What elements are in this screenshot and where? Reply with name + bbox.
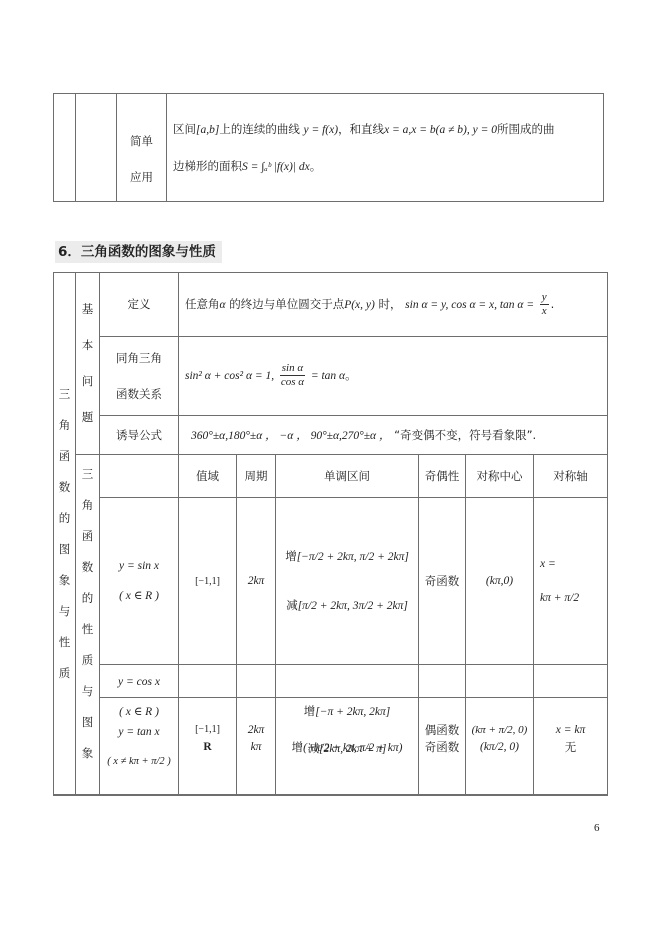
function-math: y = cos x	[100, 667, 178, 697]
increase-interval: (−π/2 + kπ, π/2 + kπ)	[303, 742, 402, 754]
definition-label: 定义	[100, 273, 179, 337]
sin-period: 2kπ	[237, 498, 276, 665]
sin-center: (kπ,0)	[466, 498, 534, 665]
label-line: 同角三角	[100, 340, 178, 376]
interval-math: [a,b]	[196, 124, 219, 136]
application-content: 区间[a,b]上的连续的曲线 y = f(x)，和直线x = a,x = b(a…	[167, 94, 604, 202]
label-char: 本	[76, 327, 99, 363]
category-line: 应用	[117, 159, 166, 195]
text: 边梯形的面积	[173, 159, 242, 173]
text: 的终边与单位圆交于点	[229, 297, 344, 311]
text: 。	[345, 368, 357, 382]
tan-period: kπ	[237, 698, 276, 796]
label-char: 数	[54, 472, 75, 503]
label-char: 角	[76, 490, 99, 521]
domain-math: ( x ≠ kπ + π/2 )	[100, 747, 178, 777]
text: 区间	[173, 122, 196, 136]
label-char: 的	[76, 583, 99, 614]
fraction: yx	[540, 291, 549, 318]
header-monotonic: 单调区间	[276, 454, 419, 498]
trig-table-tan: y = tan x ( x ≠ kπ + π/2 ) R kπ 增(−π/2 +…	[53, 697, 608, 796]
label-char: 基	[76, 291, 99, 327]
label-char: 性	[54, 627, 75, 658]
header-axis: 对称轴	[534, 454, 608, 498]
text: 时，	[379, 297, 402, 311]
category-line: 简单	[117, 123, 166, 159]
text: 上的连续的曲线	[219, 122, 300, 136]
label-char: 的	[54, 503, 75, 534]
curve-math: y = f(x)	[303, 124, 338, 136]
label-char: 与	[54, 596, 75, 627]
denominator: x	[540, 305, 549, 318]
tan-axis: 无	[534, 698, 608, 796]
label-char: 数	[76, 552, 99, 583]
label-line: 函数关系	[100, 376, 178, 412]
label-char: 三	[54, 379, 75, 410]
numerator: sin α	[280, 362, 305, 376]
formula: = tan α	[311, 370, 345, 382]
label-char: 图	[54, 534, 75, 565]
outer-label-cont	[54, 698, 76, 796]
label-char: 三	[76, 459, 99, 490]
section-title: 6．三角函数的图象与性质	[55, 241, 222, 263]
formula: sin² α + cos² α = 1,	[185, 370, 274, 382]
alpha-math: α	[220, 299, 226, 311]
label-char: 题	[76, 399, 99, 435]
props-label-cont	[76, 698, 100, 796]
induction-rule: “奇变偶不变，符号看象限”.	[394, 428, 536, 442]
domain-math: ( x ∈ R )	[100, 581, 178, 611]
header-empty	[100, 454, 179, 498]
category-cell: 简单 应用	[117, 94, 167, 202]
header-range: 值域	[179, 454, 237, 498]
tan-center: (kπ/2, 0)	[466, 698, 534, 796]
fraction: sin αcos α	[280, 362, 305, 389]
label-char: 象	[54, 565, 75, 596]
point-math: P(x, y)	[344, 299, 375, 311]
tan-parity: 奇函数	[419, 698, 466, 796]
function-math: y = tan x	[100, 717, 178, 747]
basic-label: 基 本 问 题	[76, 273, 100, 455]
denominator: cos α	[280, 376, 305, 389]
tan-function: y = tan x ( x ≠ kπ + π/2 )	[100, 698, 179, 796]
empty-cell	[76, 94, 117, 202]
same-angle-label: 同角三角 函数关系	[100, 336, 179, 415]
label-char: 质	[54, 658, 75, 689]
label-char: 问	[76, 363, 99, 399]
sin-parity: 奇函数	[419, 498, 466, 665]
sin-range: [−1,1]	[179, 498, 237, 665]
label-char: 函	[54, 441, 75, 472]
induction-content: 360°±α,180°±α ， −α ， 90°±α,270°±α ， “奇变偶…	[179, 415, 608, 454]
text: ，和直线	[338, 122, 384, 136]
header-parity: 奇偶性	[419, 454, 466, 498]
header-center: 对称中心	[466, 454, 534, 498]
numerator: y	[540, 291, 549, 305]
same-angle-content: sin² α + cos² α = 1, sin αcos α = tan α。	[179, 336, 608, 415]
area-formula: S = ∫ₐᵇ |f(x)| dx	[242, 161, 310, 173]
definition-formula: sin α = y, cos α = x, tan α =	[405, 299, 534, 311]
increase-interval: [−π/2 + 2kπ, π/2 + 2kπ]	[297, 551, 409, 563]
top-table: 简单 应用 区间[a,b]上的连续的曲线 y = f(x)，和直线x = a,x…	[53, 93, 604, 202]
sin-axis: x = kπ + π/2	[534, 498, 608, 665]
page-number: 6	[594, 822, 600, 834]
function-math: y = sin x	[100, 551, 178, 581]
label-char: 角	[54, 410, 75, 441]
text: 。	[310, 159, 322, 173]
text: 任意角	[185, 297, 220, 311]
axis-line: x =	[540, 547, 607, 581]
axis-line: kπ + π/2	[540, 581, 607, 615]
increase-label: 增	[285, 549, 297, 563]
increase-label: 增	[292, 740, 304, 754]
lines-math: x = a,x = b(a ≠ b), y = 0	[384, 124, 497, 136]
induction-formula: 360°±α,180°±α ， −α ， 90°±α,270°±α ，	[191, 430, 390, 442]
tan-monotonic: 增(−π/2 + kπ, π/2 + kπ)	[276, 698, 419, 796]
label-char: 性	[76, 614, 99, 645]
decrease-interval: [π/2 + 2kπ, 3π/2 + 2kπ]	[298, 600, 408, 612]
text: .	[551, 297, 555, 311]
text: 所围成的曲	[497, 122, 555, 136]
tan-range: R	[179, 698, 237, 796]
definition-content: 任意角α 的终边与单位圆交于点P(x, y) 时， sin α = y, cos…	[179, 273, 608, 337]
sin-monotonic: 增[−π/2 + 2kπ, π/2 + 2kπ] 减[π/2 + 2kπ, 3π…	[276, 498, 419, 665]
header-period: 周期	[237, 454, 276, 498]
label-char: 质	[76, 645, 99, 676]
sin-function: y = sin x ( x ∈ R )	[100, 498, 179, 665]
empty-cell	[54, 94, 76, 202]
decrease-label: 减	[286, 598, 298, 612]
induction-label: 诱导公式	[100, 415, 179, 454]
label-char: 函	[76, 521, 99, 552]
